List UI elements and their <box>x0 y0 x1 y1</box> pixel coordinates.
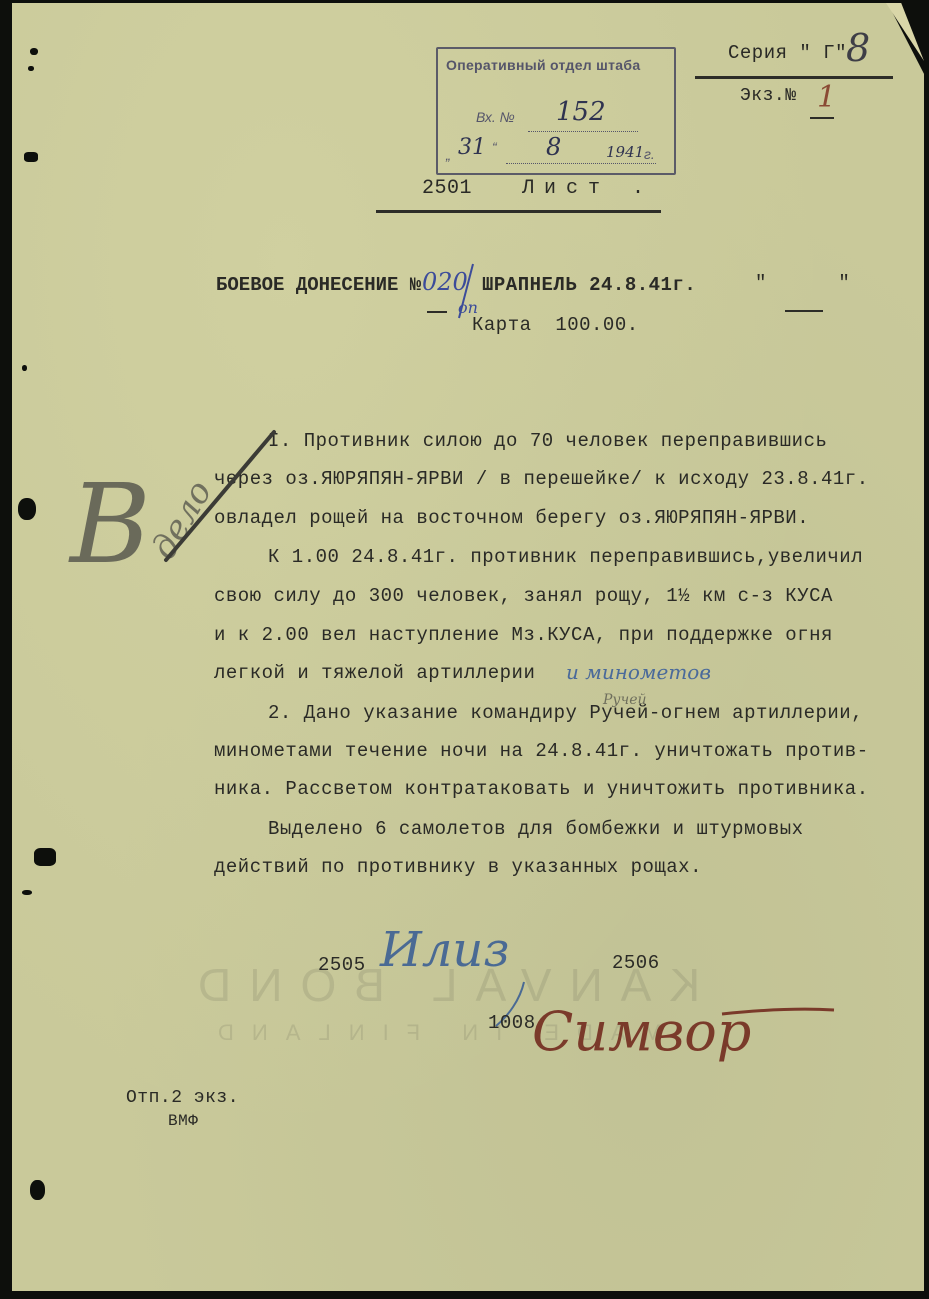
report-title-label: БОЕВОЕ ДОНЕСЕНИЕ № <box>216 274 421 296</box>
stamp-title: Оперативный отдел штаба <box>446 57 640 73</box>
punch-hole <box>34 848 56 866</box>
punch-hole <box>28 66 34 71</box>
map-reference: Карта 100.00. <box>472 314 639 336</box>
copies-note: Отп.2 экз. <box>126 1088 239 1108</box>
signature-code-bottom: 1008 <box>488 1012 536 1034</box>
copy-label: Экз.№ <box>740 86 797 106</box>
stamp-day: 31 <box>458 135 486 160</box>
body-line: минометами течение ночи на 24.8.41г. уни… <box>214 740 869 762</box>
stamp-month: 8 <box>546 133 561 161</box>
stamp-open-quote: „ <box>446 147 451 163</box>
series-value-handwritten: 8 <box>846 26 870 70</box>
body-line: действий по противнику в указанных рощах… <box>214 856 702 878</box>
signature-code-right: 2506 <box>612 952 660 974</box>
incoming-stamp: Оперативный отдел штаба Вх. № 152 „ 31 “… <box>436 47 676 175</box>
report-quote-blank: " " <box>755 272 850 294</box>
body-line: и к 2.00 вел наступление Мз.КУСА, при по… <box>214 624 833 646</box>
quote-underline <box>785 310 823 312</box>
body-line: овладел рощей на восточном берегу оз.ЯЮР… <box>214 507 809 529</box>
handwritten-addition: и минометов <box>566 660 711 684</box>
punch-hole <box>24 152 38 162</box>
body-line: ника. Рассветом контратаковать и уничтож… <box>214 778 869 800</box>
stamp-number-line <box>528 131 638 132</box>
copy-underline <box>810 117 834 119</box>
sheet-number: 2501 <box>422 177 472 200</box>
stamp-incoming-label: Вх. № <box>476 109 515 125</box>
body-line: Выделено 6 самолетов для бомбежки и штур… <box>268 818 804 840</box>
body-line: легкой и тяжелой артиллерии <box>214 662 535 684</box>
report-codename-date: ШРАПНЕЛЬ 24.8.41г. <box>482 274 696 296</box>
copy-value-handwritten: 1 <box>817 80 836 115</box>
body-line: I. Противник силою до 70 человек перепра… <box>268 430 827 452</box>
report-number-underline <box>427 311 447 313</box>
signature-code-left: 2505 <box>318 954 366 976</box>
punch-hole <box>22 890 32 895</box>
pencil-check-icon <box>150 428 280 568</box>
series-label: Серия " Г" <box>728 42 847 64</box>
signature-right: Симвор <box>532 1000 751 1063</box>
series-divider <box>695 76 893 79</box>
sheet-label: Лист . <box>522 177 654 200</box>
stamp-incoming-number: 152 <box>556 97 606 127</box>
punch-hole <box>18 498 36 520</box>
body-line: через оз.ЯЮРЯПЯН-ЯРВИ / в перешейке/ к и… <box>214 468 869 490</box>
signature-right-stroke <box>720 1000 840 1020</box>
punch-hole <box>30 48 38 55</box>
signature-left: Илиз <box>380 922 510 978</box>
sheet-divider <box>376 210 661 213</box>
body-line: свою силу до 300 человек, занял рощу, 1½… <box>214 585 833 607</box>
punch-hole <box>30 1180 45 1200</box>
stamp-date-line <box>506 163 656 164</box>
body-line: К 1.00 24.8.41г. противник переправившис… <box>268 546 863 568</box>
margin-note-large: В <box>70 460 151 588</box>
handwritten-correction: Ручей <box>603 692 647 708</box>
stamp-year: 1941 <box>606 143 644 161</box>
body-line: 2. Дано указание командиру Ручей-огнем а… <box>268 702 863 724</box>
stamp-year-suffix: г. <box>644 146 655 162</box>
copies-recipient: ВМФ <box>168 1112 198 1130</box>
stamp-close-quote: “ <box>492 139 497 155</box>
punch-hole <box>22 365 27 371</box>
